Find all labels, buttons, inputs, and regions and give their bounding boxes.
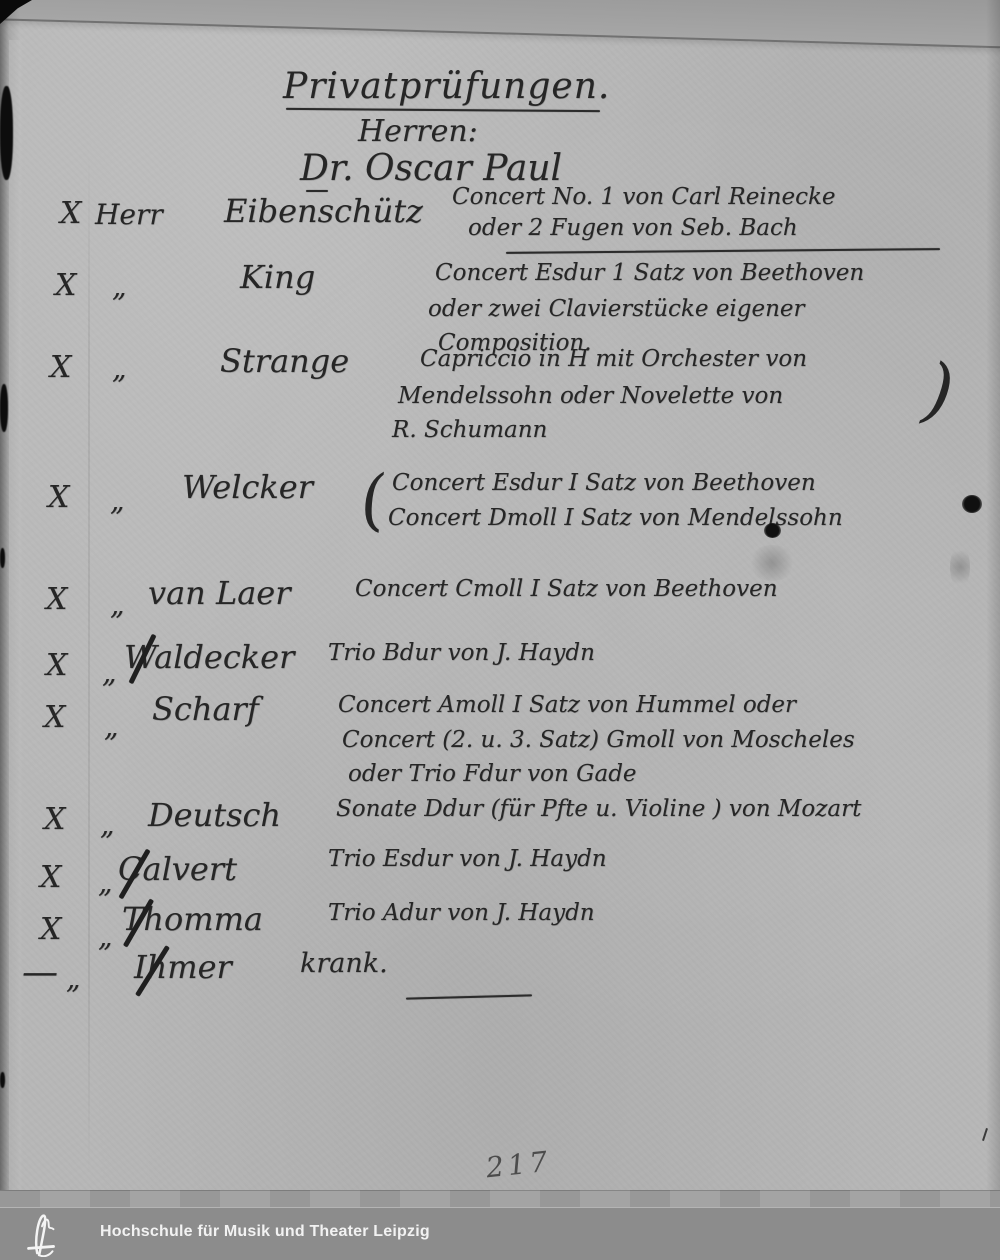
entry-label: „	[98, 866, 113, 899]
scan-artifact-blob	[0, 548, 5, 568]
entry-mark: X	[46, 582, 67, 617]
repertoire-line: Sonate Ddur (für Pfte u. Violine ) von M…	[336, 796, 861, 822]
entry-mark: —	[22, 952, 58, 993]
entry-name: King	[240, 258, 315, 296]
entry-name: Deutsch	[148, 796, 281, 834]
page-number-pencil: 217	[484, 1145, 553, 1185]
repertoire-line: Concert (2. u. 3. Satz) Gmoll von Mosche…	[342, 727, 855, 753]
entry-label: „	[66, 962, 81, 995]
ink-smudge	[748, 545, 796, 581]
entry-name: Welcker	[182, 468, 313, 506]
entry-name: Strange	[220, 342, 349, 380]
entry-mark: X	[50, 350, 71, 385]
entry-mark: X	[46, 648, 67, 683]
repertoire-line: Mendelssohn oder Novelette von	[398, 383, 783, 409]
repertoire-line: Concert Esdur I Satz von Beethoven	[392, 470, 816, 496]
entry-mark: X	[40, 912, 61, 947]
footer-bar: Hochschule für Musik und Theater Leipzig	[0, 1207, 1000, 1260]
entry-mark: X	[55, 268, 76, 303]
repertoire-line: Concert No. 1 von Carl Reinecke	[452, 184, 836, 210]
right-edge-shadow	[986, 0, 1000, 1208]
handwritten-subtitle: Herren:	[358, 114, 478, 149]
repertoire-line: Capriccio in H mit Orchester von	[420, 346, 807, 372]
ink-blot	[962, 495, 982, 513]
entry-mark: X	[60, 196, 81, 231]
repertoire-line: Concert Esdur 1 Satz von Beethoven	[435, 260, 864, 286]
repertoire-line: Trio Adur von J. Haydn	[328, 900, 595, 926]
entry-mark: X	[40, 860, 61, 895]
repertoire-line: oder Trio Fdur von Gade	[348, 761, 637, 787]
repertoire-line: oder zwei Clavierstücke eigener	[428, 296, 805, 322]
scan-artifact-blob	[0, 1072, 5, 1088]
ink-blot	[764, 523, 781, 538]
hmt-leipzig-logo-icon	[22, 1211, 62, 1257]
entry-label: „	[104, 710, 119, 743]
repertoire-line: Concert Amoll I Satz von Hummel oder	[338, 692, 796, 718]
entry-mark: X	[48, 480, 69, 515]
ink-smudge	[950, 545, 970, 589]
entry-name: van Laer	[148, 574, 291, 612]
entry-label: „	[98, 920, 113, 953]
scan-artifact-blob	[0, 86, 13, 180]
entry-label: „	[110, 484, 125, 517]
repertoire-line: Trio Esdur von J. Haydn	[328, 846, 607, 872]
entry-mark: X	[44, 802, 65, 837]
paper-crease	[88, 150, 90, 1180]
handwritten-title: Privatprüfungen.	[283, 66, 610, 107]
entry-mark: X	[44, 700, 65, 735]
scan-artifact-blob	[0, 384, 8, 432]
entry-label: „	[100, 808, 115, 841]
entry-label: „	[112, 352, 127, 385]
torn-paper-edge	[9, 40, 23, 1190]
repertoire-line: Trio Bdur von J. Haydn	[328, 640, 595, 666]
repertoire-line: R. Schumann	[392, 417, 547, 443]
repertoire-line: krank.	[300, 948, 388, 979]
entry-label: „	[102, 656, 117, 689]
repertoire-line: Concert Cmoll I Satz von Beethoven	[355, 576, 778, 602]
scanned-manuscript-page: Privatprüfungen. Herren: Dr. Oscar Paul …	[0, 0, 1000, 1260]
entry-label: Herr	[95, 198, 163, 231]
entry-name: Scharf	[152, 690, 259, 728]
entry-label: „	[110, 588, 125, 621]
repertoire-line: oder 2 Fugen von Seb. Bach	[468, 215, 798, 241]
entry-name: Eibenschütz	[224, 192, 423, 230]
entry-label: „	[112, 270, 127, 303]
examiner-name: Dr. Oscar Paul	[300, 148, 562, 189]
institution-name: Hochschule für Musik und Theater Leipzig	[100, 1223, 430, 1241]
